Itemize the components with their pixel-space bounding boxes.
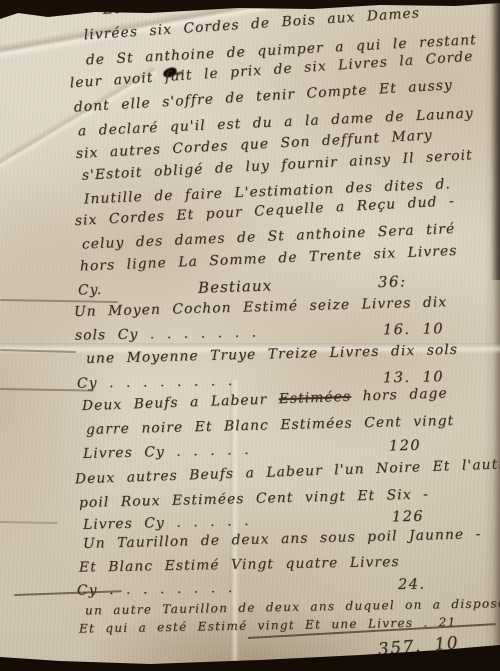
manuscript-photo: Et s'endroit Ladite Veuve a declaré avoi… (0, 0, 500, 671)
amount-value: 36: (378, 272, 407, 291)
manuscript-text: Et s'endroit Ladite Veuve a declaré avoi… (0, 0, 500, 671)
line-text: un autre Taurillon de deux ans duquel on… (85, 596, 500, 617)
line-text: Et Blanc Estimé Vingt quatre Livres (79, 554, 400, 576)
line-text: sols Cy . . . . . . . (75, 325, 257, 344)
line-text: Deux autres Beufs a Labeur l'un Noire Et… (75, 456, 500, 487)
line-text: Livres Cy . . . . . (83, 442, 250, 462)
line-text: Un Moyen Cochon Estimé seize Livres dix (74, 294, 448, 320)
amount-value: 120 (389, 438, 422, 455)
line-text: Et qui a esté Estimé vingt Et une Livres… (79, 615, 457, 636)
amount-value: 126 (392, 509, 425, 526)
line-text: Cy . . . . . . . . (77, 373, 234, 392)
line-text: Deux Beufs a Labeur (82, 391, 279, 414)
amount-value: 16. 10 (383, 321, 444, 338)
line-text: Livres Cy . . . . . (83, 513, 250, 533)
amount-value: 24. (398, 577, 426, 593)
line-text: Cy. (78, 282, 103, 299)
line-text: poil Roux Estimées Cent vingt Et Six - (79, 487, 429, 512)
line-text: hors dage (351, 385, 448, 404)
struck-word: Estimées (278, 389, 351, 408)
manuscript-line: sols Cy . . . . . . .16. 10 (0, 319, 500, 345)
line-text: Cy . . . . . . . . (77, 580, 234, 599)
manuscript-line: Et Blanc Estimé Vingt quatre Livres (0, 551, 500, 577)
manuscript-line: Cy . . . . . . . .24. (0, 574, 500, 600)
photo-dark-edge-right (490, 0, 500, 280)
line-text: une Moyenne Truye Treize Livres dix sols (86, 342, 458, 367)
line-text: garre noire Et Blanc Estimées Cent vingt (86, 413, 455, 438)
amount-value: 13. 10 (383, 369, 444, 386)
section-header: Bestiaux (198, 276, 273, 296)
